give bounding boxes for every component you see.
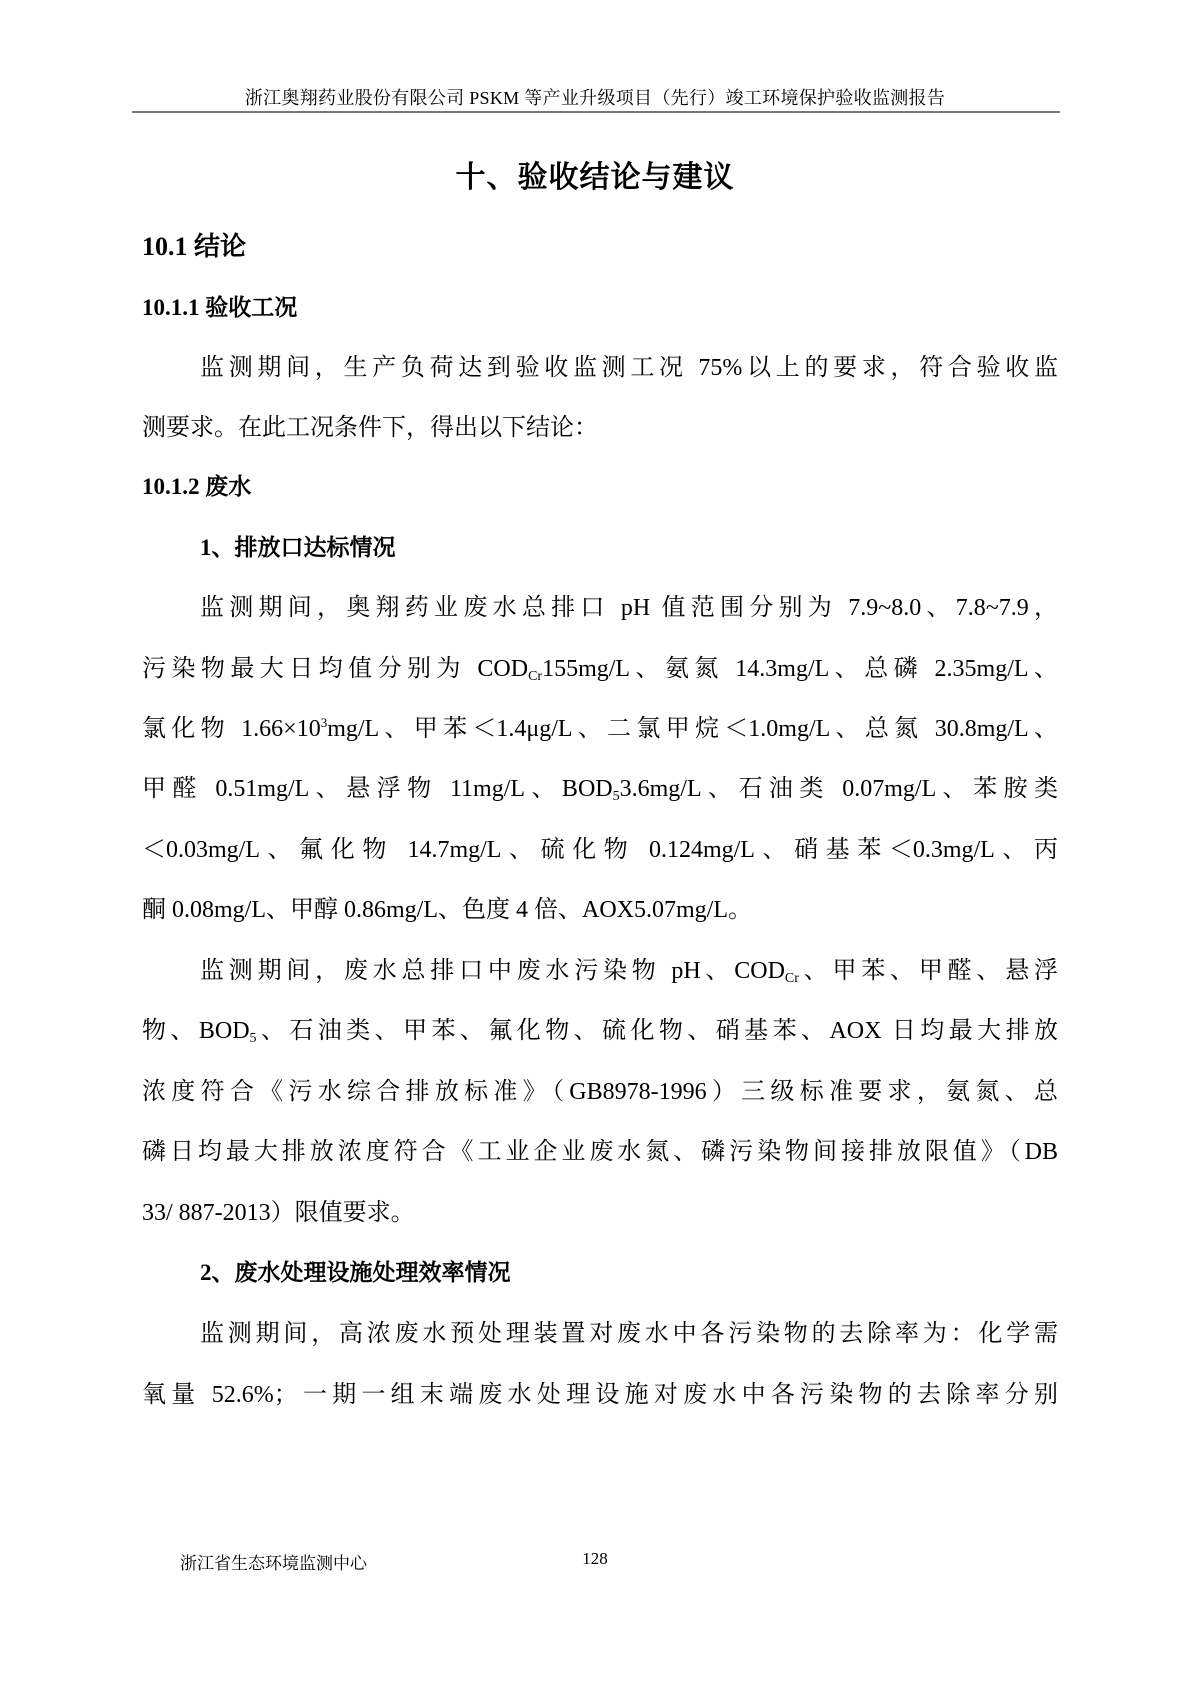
section-heading-10-1-2: 10.1.2 废水 [142, 468, 251, 501]
paragraph-line: 氧量 52.6%；一期一组末端废水处理设施对废水中各污染物的去除率分别 [142, 1374, 1058, 1409]
header-divider [132, 111, 1060, 113]
paragraph-line: 33/ 887-2013）限值要求。 [142, 1192, 415, 1227]
section-heading-10-1: 10.1 结论 [142, 226, 246, 263]
paragraph-line: 监测期间，高浓废水预处理装置对废水中各污染物的去除率为：化学需 [200, 1313, 1058, 1348]
paragraph-line: 磷日均最大排放浓度符合《工业企业废水氮、磷污染物间接排放限值》（DB [142, 1131, 1058, 1166]
subsection-heading-treatment-efficiency: 2、废水处理设施处理效率情况 [200, 1254, 511, 1287]
chapter-title: 十、验收结论与建议 [0, 152, 1190, 196]
paragraph-line: 氯化物 1.66×103mg/L、甲苯＜1.4μg/L、二氯甲烷＜1.0mg/L… [142, 708, 1058, 743]
paragraph-line: 监测期间，生产负荷达到验收监测工况 75%以上的要求，符合验收监 [200, 347, 1058, 382]
footer-organization: 浙江省生态环境监测中心 [180, 1549, 367, 1574]
paragraph-line: 浓度符合《污水综合排放标准》（GB8978-1996）三级标准要求，氨氮、总 [142, 1071, 1058, 1106]
page-number: 128 [400, 1549, 790, 1569]
paragraph-line: 污染物最大日均值分别为 CODCr155mg/L、氨氮 14.3mg/L、总磷 … [142, 648, 1058, 683]
paragraph-line: 测要求。在此工况条件下，得出以下结论： [142, 407, 598, 442]
paragraph-line: 甲醛 0.51mg/L、悬浮物 11mg/L、BOD53.6mg/L、石油类 0… [142, 768, 1058, 803]
header-title: 浙江奥翔药业股份有限公司 PSKM 等产业升级项目（先行）竣工环境保护验收监测报… [0, 84, 1190, 110]
paragraph-line: 监测期间，废水总排口中废水污染物 pH、CODCr、甲苯、甲醛、悬浮 [200, 950, 1058, 985]
section-heading-10-1-1: 10.1.1 验收工况 [142, 289, 297, 322]
paragraph-line: 酮 0.08mg/L、甲醇 0.86mg/L、色度 4 倍、AOX5.07mg/… [142, 889, 752, 924]
paragraph-line: 监测期间，奥翔药业废水总排口 pH 值范围分别为 7.9~8.0、7.8~7.9… [200, 587, 1058, 622]
paragraph-line: ＜0.03mg/L、氟化物 14.7mg/L、硫化物 0.124mg/L、硝基苯… [142, 829, 1058, 864]
subsection-heading-discharge-compliance: 1、排放口达标情况 [200, 529, 396, 562]
paragraph-line: 物、BOD5、石油类、甲苯、氟化物、硫化物、硝基苯、AOX 日均最大排放 [142, 1010, 1058, 1045]
